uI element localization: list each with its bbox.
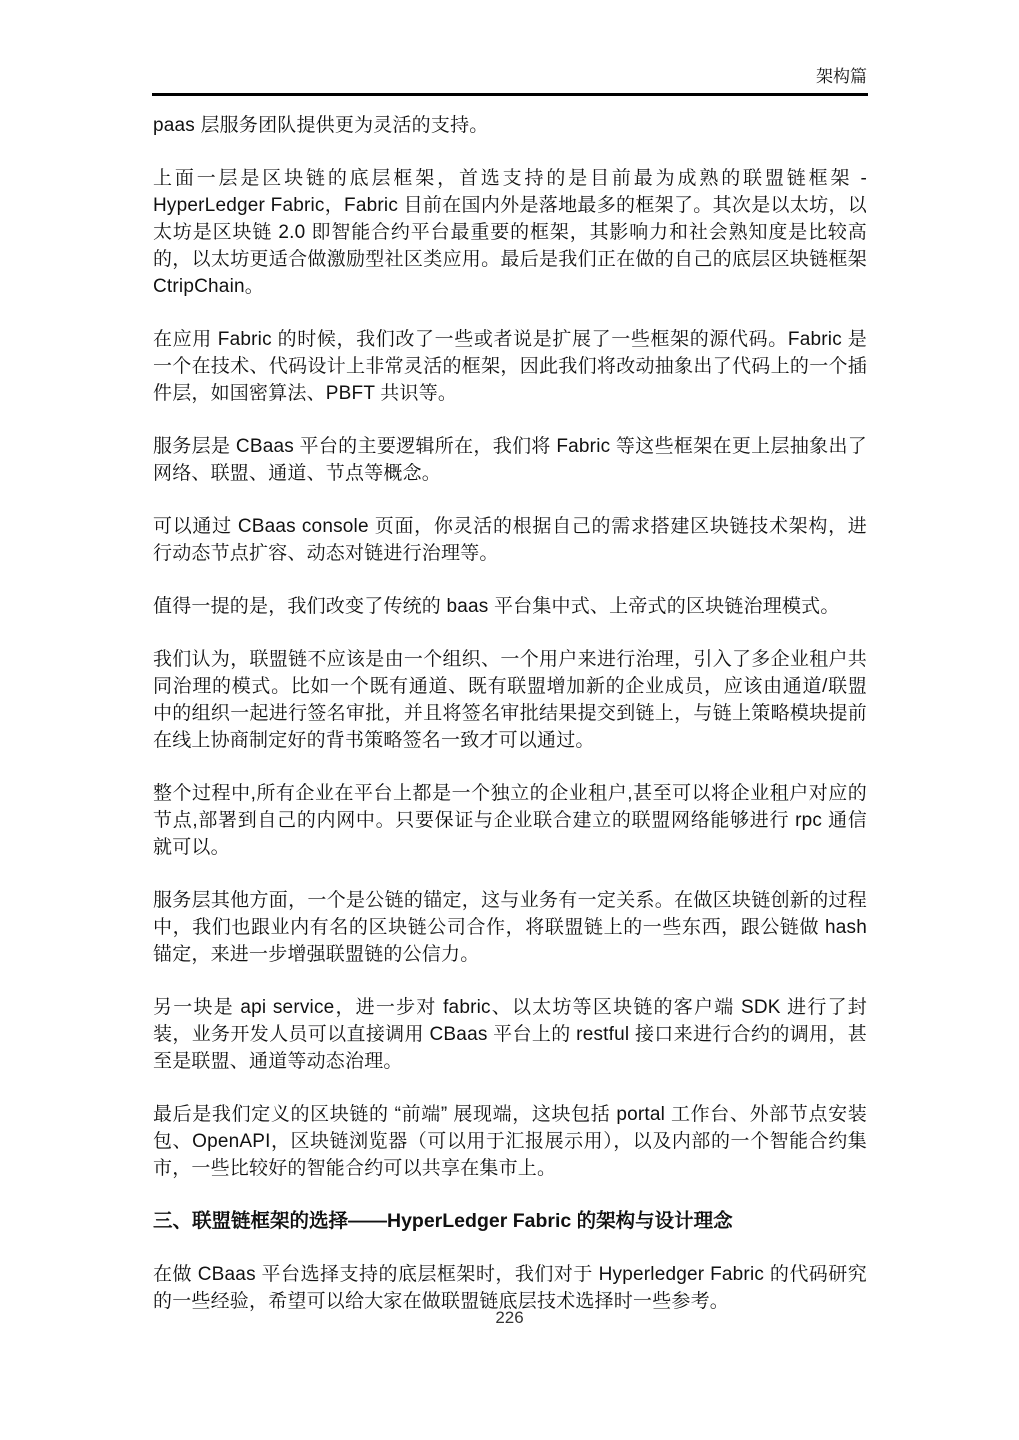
paragraph: 服务层是 CBaas 平台的主要逻辑所在，我们将 Fabric 等这些框架在更上… xyxy=(153,433,867,487)
page-number: 226 xyxy=(495,1308,523,1327)
header-rule xyxy=(152,93,868,96)
page-footer: 226 xyxy=(0,1306,1019,1330)
paragraph: 上面一层是区块链的底层框架，首选支持的是目前最为成熟的联盟链框架 -HyperL… xyxy=(153,165,867,300)
paragraph: 在应用 Fabric 的时候，我们改了一些或者说是扩展了一些框架的源代码。Fab… xyxy=(153,326,867,407)
paragraph: 服务层其他方面，一个是公链的锚定，这与业务有一定关系。在做区块链创新的过程中，我… xyxy=(153,887,867,968)
document-page: 架构篇 paas 层服务团队提供更为灵活的支持。 上面一层是区块链的底层框架，首… xyxy=(0,0,1019,1440)
paragraph: 值得一提的是，我们改变了传统的 baas 平台集中式、上帝式的区块链治理模式。 xyxy=(153,593,867,620)
paragraph: 另一块是 api service，进一步对 fabric、以太坊等区块链的客户端… xyxy=(153,994,867,1075)
paragraph: 我们认为，联盟链不应该是由一个组织、一个用户来进行治理，引入了多企业租户共同治理… xyxy=(153,646,867,754)
page-header: 架构篇 xyxy=(153,66,867,88)
document-body: paas 层服务团队提供更为灵活的支持。 上面一层是区块链的底层框架，首选支持的… xyxy=(153,112,867,1341)
section-heading: 三、联盟链框架的选择——HyperLedger Fabric 的架构与设计理念 xyxy=(153,1208,867,1235)
paragraph: 最后是我们定义的区块链的 “前端” 展现端，这块包括 portal 工作台、外部… xyxy=(153,1101,867,1182)
paragraph: 整个过程中,所有企业在平台上都是一个独立的企业租户,甚至可以将企业租户对应的节点… xyxy=(153,780,867,861)
chapter-label: 架构篇 xyxy=(816,67,867,86)
paragraph: 可以通过 CBaas console 页面，你灵活的根据自己的需求搭建区块链技术… xyxy=(153,513,867,567)
paragraph: paas 层服务团队提供更为灵活的支持。 xyxy=(153,112,867,139)
